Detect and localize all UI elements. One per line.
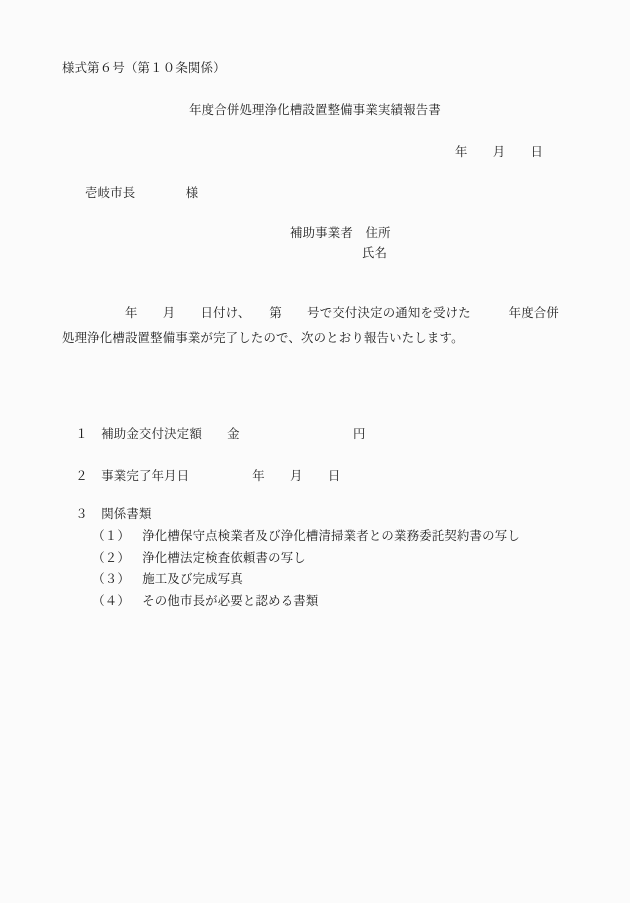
body-paragraph-line-1: 年 月 日付け、 第 号で交付決定の通知を受けた 年度合併 [125,306,559,322]
report-date-placeholder: 年 月 日 [455,145,543,161]
item-text: 事業完了年月日 年 月 日 [101,469,340,483]
applicant-address-line: 補助事業者 住所 [290,226,391,242]
attachment-number: （４） [92,594,142,610]
form-number: 様式第６号（第１０条関係） [62,61,226,77]
item-grant-decision-amount: １補助金交付決定額 金 円 [62,411,366,458]
document-title: 年度合併処理浄化槽設置整備事業実績報告書 [0,103,630,119]
item-number: ２ [75,469,101,485]
item-number: １ [75,427,101,443]
addressee-line: 壱岐市長 様 [85,186,198,202]
attachment-text: その他市長が必要と認める書類 [142,594,318,608]
attachment-other-documents: （４）その他市長が必要と認める書類 [79,578,318,625]
item-text: 補助金交付決定額 金 円 [101,427,365,441]
applicant-name-label: 氏名 [362,246,387,262]
body-paragraph-line-2: 処理浄化槽設置整備事業が完了したので、次のとおり報告いたします。 [62,331,464,347]
document-page: 様式第６号（第１０条関係） 年度合併処理浄化槽設置整備事業実績報告書 年 月 日… [0,0,630,903]
